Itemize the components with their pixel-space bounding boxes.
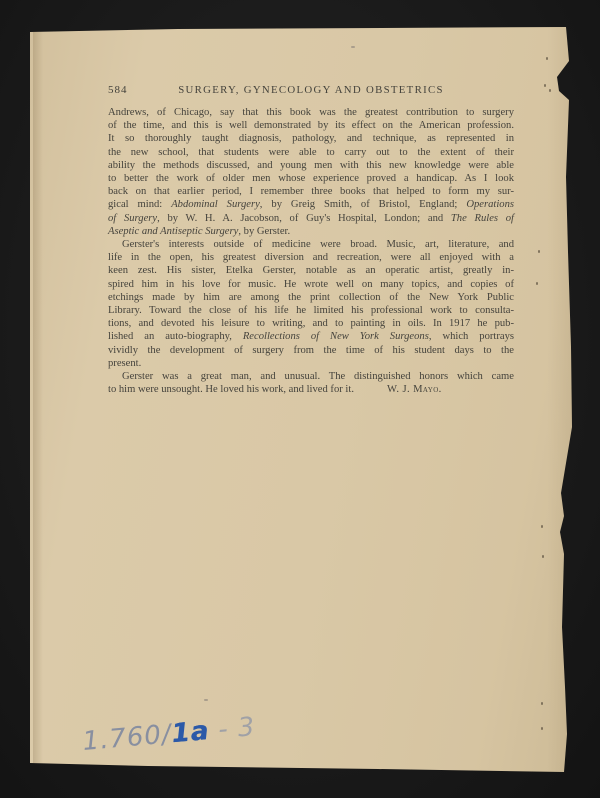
text-segment: It so thoroughly taught diagnosis, patho…	[108, 133, 514, 144]
text-line: etchings made by him are among the print…	[108, 291, 514, 304]
shelfmark-segment: 1a	[170, 716, 210, 749]
shelfmark-segment: - 3	[208, 712, 257, 746]
running-title: SURGERY, GYNECOLOGY AND OBSTETRICS	[108, 84, 514, 97]
scanner-background: 584 SURGERY, GYNECOLOGY AND OBSTETRICS A…	[0, 0, 600, 798]
text-line: Gerster's interests outside of medicine …	[108, 238, 514, 251]
text-line: ability the methods discussed, and young…	[108, 159, 514, 172]
paper-speck	[541, 702, 543, 705]
text-line: life in the open, his greatest diversion…	[108, 251, 514, 264]
text-segment: the new school, that students were able …	[108, 147, 514, 158]
text-line: Andrews, of Chicago, say that this book …	[108, 106, 514, 119]
running-header: 584 SURGERY, GYNECOLOGY AND OBSTETRICS	[108, 84, 514, 98]
text-line: Gerster was a great man, and unusual. Th…	[108, 370, 514, 383]
text-line: tions, and devoted his leisure to writin…	[108, 317, 514, 330]
text-line: spired him in his love for music. He wro…	[108, 278, 514, 291]
shelfmark-segment: 1.760/	[81, 719, 172, 757]
text-line: to better the work of older men whose ex…	[108, 172, 514, 185]
text-segment: , which portrays	[429, 331, 514, 342]
text-segment: ability the methods discussed, and young…	[108, 160, 514, 171]
paper-speck	[544, 84, 546, 87]
text-segment: Aseptic and Antiseptic Surgery	[108, 226, 238, 237]
text-line: present.	[108, 357, 514, 370]
text-segment: Library. Toward the close of his life he…	[108, 305, 514, 316]
text-segment: to him were unsought. He loved his work,…	[108, 384, 354, 395]
text-line: keen zest. His sister, Etelka Gerster, n…	[108, 264, 514, 277]
text-line: It so thoroughly taught diagnosis, patho…	[108, 132, 514, 145]
text-segment: gical mind:	[108, 199, 171, 210]
text-line: Aseptic and Antiseptic Surgery, by Gerst…	[108, 225, 514, 238]
text-segment: , by W. H. A. Jacobson, of Guy's Hospita…	[157, 213, 451, 224]
text-segment: keen zest. His sister, Etelka Gerster, n…	[108, 265, 514, 276]
text-segment: Operations	[466, 199, 514, 210]
text-line: vividly the development of surgery from …	[108, 344, 514, 357]
text-segment: of Surgery	[108, 213, 157, 224]
text-segment: of the time, and this is well demonstrat…	[108, 120, 514, 131]
text-segment: The Rules of	[451, 213, 514, 224]
paper-smudge	[351, 46, 355, 48]
handwritten-shelfmark: 1.760/1a - 3	[81, 712, 256, 757]
text-segment: to better the work of older men whose ex…	[108, 173, 514, 184]
text-segment: , by Gerster.	[238, 226, 290, 237]
text-line: Library. Toward the close of his life he…	[108, 304, 514, 317]
text-line: back on that earlier period, I remember …	[108, 185, 514, 198]
text-line: lished an auto-biography, Recollections …	[108, 330, 514, 343]
text-segment: Gerster was a great man, and unusual. Th…	[122, 371, 514, 382]
text-segment: present.	[108, 358, 141, 369]
text-line: to him were unsought. He loved his work,…	[108, 383, 514, 396]
text-segment: vividly the development of surgery from …	[108, 345, 514, 356]
paper-speck	[549, 89, 551, 92]
paper-speck	[536, 282, 538, 285]
paper-smudge	[204, 699, 208, 701]
paper-speck	[542, 555, 544, 558]
text-segment: lished an auto-biography,	[108, 331, 243, 342]
text-segment: Gerster's interests outside of medicine …	[122, 239, 514, 250]
text-segment: tions, and devoted his leisure to writin…	[108, 318, 514, 329]
text-segment: life in the open, his greatest diversion…	[108, 252, 514, 263]
text-segment: back on that earlier period, I remember …	[108, 186, 514, 197]
text-line: of Surgery, by W. H. A. Jacobson, of Guy…	[108, 212, 514, 225]
paper-speck	[541, 525, 543, 528]
text-line: of the time, and this is well demonstrat…	[108, 119, 514, 132]
text-block: Andrews, of Chicago, say that this book …	[108, 106, 514, 396]
signature: W. J. Mayo.	[387, 384, 442, 395]
text-segment: Recollections of New York Surgeons	[243, 331, 429, 342]
text-segment: , by Greig Smith, of Bristol, England;	[260, 199, 467, 210]
text-line: gical mind: Abdominal Surgery, by Greig …	[108, 198, 514, 211]
book-page: 584 SURGERY, GYNECOLOGY AND OBSTETRICS A…	[28, 27, 573, 773]
paper-speck	[538, 250, 540, 253]
text-line: the new school, that students were able …	[108, 146, 514, 159]
text-segment: spired him in his love for music. He wro…	[108, 279, 514, 290]
text-segment: Andrews, of Chicago, say that this book …	[108, 107, 514, 118]
paper-speck	[541, 727, 543, 730]
paper-speck	[546, 57, 548, 60]
text-segment: etchings made by him are among the print…	[108, 292, 514, 303]
text-segment: Abdominal Surgery	[171, 199, 260, 210]
